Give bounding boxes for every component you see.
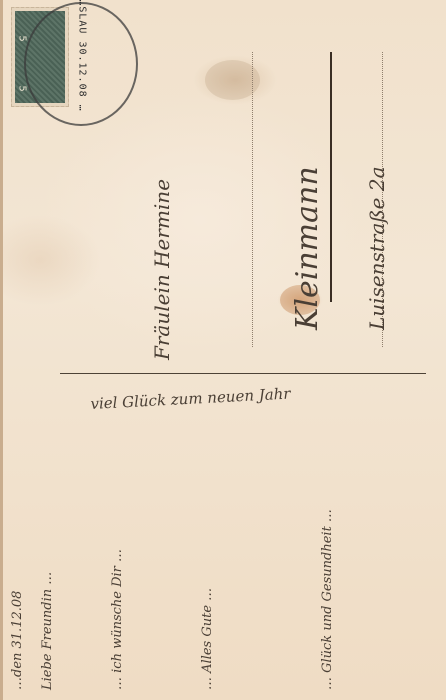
message-heading: viel Glück zum neuen Jahr [90, 385, 291, 413]
message-date: …den 31.12.08 [10, 591, 25, 690]
address-line-3: Luisenstraße 2a [365, 166, 389, 330]
message-line: … ich wünsche Dir … [110, 549, 125, 690]
address-line-1: Fräulein Hermine [150, 179, 174, 360]
postmark-text: …SLAU 30.12.08 … [77, 0, 88, 112]
card-edge [0, 0, 3, 700]
address-line-2: Kleinmann [290, 166, 325, 330]
address-line-guide [252, 52, 253, 347]
name-underline [330, 52, 332, 302]
stamp-denomination-bottom: 5 [17, 85, 28, 91]
message-line: Liebe Freundin … [40, 572, 55, 690]
divider-line [60, 373, 426, 374]
postcard: 5 5 …SLAU 30.12.08 … Fräulein Hermine Kl… [0, 0, 446, 700]
stamp-denomination-top: 5 [17, 35, 28, 41]
message-line: … Alles Gute … [200, 588, 215, 690]
message-line: … Glück und Gesundheit … [320, 509, 335, 690]
